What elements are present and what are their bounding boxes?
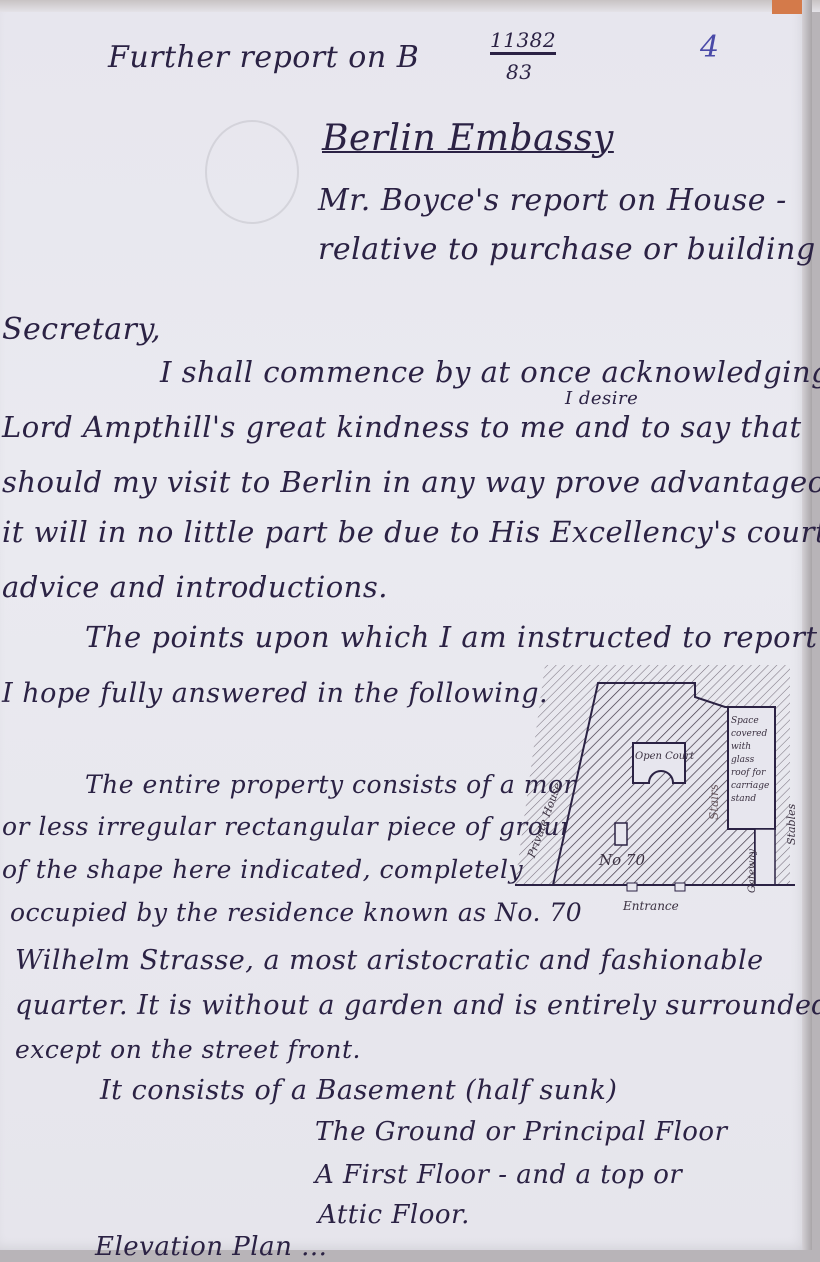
folio-number: 4 [700,30,720,65]
plan-label-number: No 70 [599,851,645,869]
ref-denominator: 83 [506,60,532,84]
document-title: Berlin Embassy [322,118,614,159]
subtitle-line-1: Mr. Boyce's report on House - [318,183,787,218]
para4-line1: It consists of a Basement (half sunk) [100,1075,617,1106]
para1-line5: advice and introductions. [2,570,388,604]
para3-line5: Wilhelm Strasse, a most aristocratic and… [15,945,764,976]
para4-line3: A First Floor - and a top or [315,1160,682,1190]
para2-line1: The points upon which I am instructed to… [85,620,820,654]
site-plan-sketch: Open Court Space covered with glass roof… [515,655,805,915]
para1-line3: should my visit to Berlin in any way pro… [2,465,820,499]
plan-label-stairs: Stairs [707,784,721,820]
manuscript-page: Further report on B 11382 83 4 Berlin Em… [0,0,812,1250]
insertion: I desire [565,388,638,409]
subtitle-line-2: relative to purchase or building [318,232,816,267]
para1-line1: I shall commence by at once acknowledgin… [160,355,820,389]
para3-line6: quarter. It is without a garden and is e… [15,990,820,1021]
ref-numerator: 11382 [490,28,556,55]
plan-label-right-neighbour: Stables [785,804,798,845]
embossed-seal-icon [205,120,299,224]
para2-line2: I hope fully answered in the following. [2,678,548,709]
para3-line3: of the shape here indicated, completely [2,855,523,884]
para4-line4: Attic Floor. [318,1200,470,1230]
plan-label-open-court: Open Court [635,751,694,762]
salutation: Secretary, [2,312,161,347]
para4-line2: The Ground or Principal Floor [315,1117,728,1147]
partial-last-line: Elevation Plan ... [95,1232,327,1250]
para3-line2: or less irregular rectangular piece of g… [2,812,602,841]
para3-line4: occupied by the residence known as No. 7… [10,898,582,927]
para3-line7: except on the street front. [15,1035,361,1064]
plan-label-gateway: Gateway [747,849,758,893]
para1-line2: Lord Ampthill's great kindness to me and… [2,410,802,444]
plan-label-entrance: Entrance [623,899,679,913]
header-line: Further report on B [108,40,419,75]
plan-label-space: Space covered with glass roof for carria… [731,715,773,806]
page-top-edge [0,0,820,12]
para1-line4: it will in no little part be due to His … [2,515,820,549]
